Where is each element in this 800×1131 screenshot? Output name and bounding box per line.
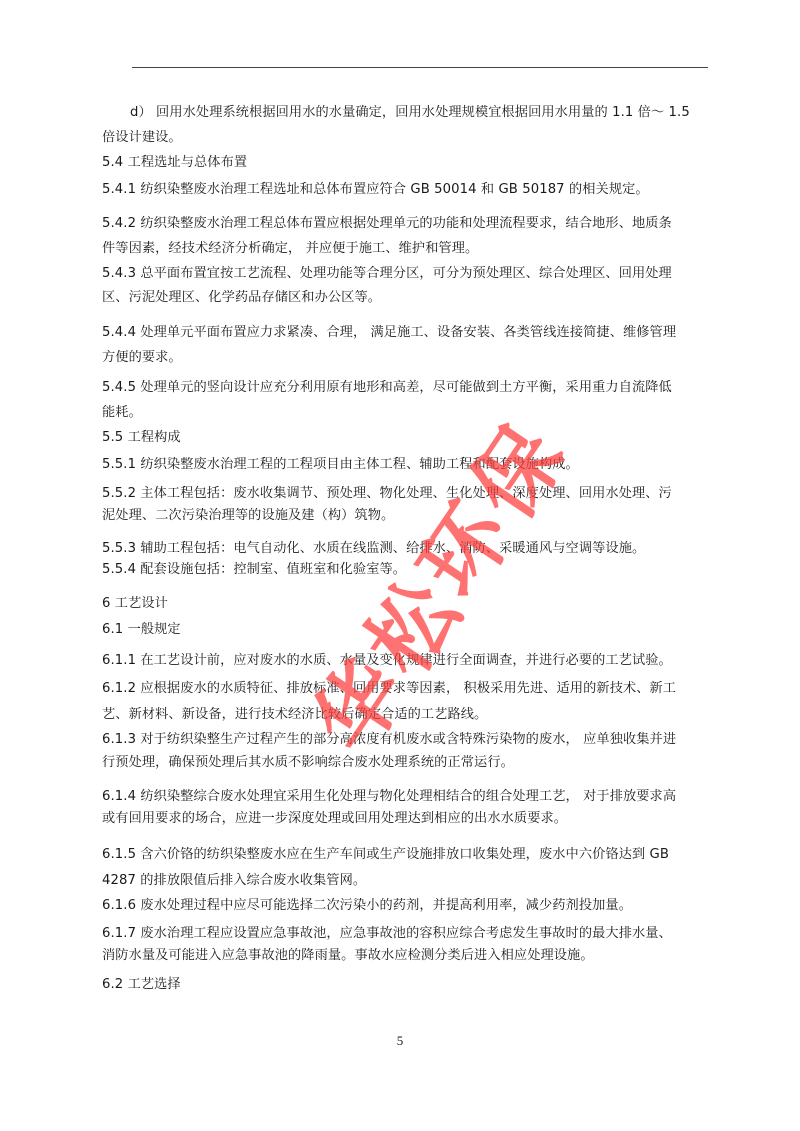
text-line: 4287 的排放限值后排入综合废水收集管网。 bbox=[102, 873, 702, 889]
text-line: 倍设计建设。 bbox=[102, 130, 702, 146]
text-line: 5.5.1 纺织染整废水治理工程的工程项目由主体工程、辅助工程和配套设施构成。 bbox=[102, 457, 702, 473]
text-line: 行预处理，确保预处理后其水质不影响综合废水处理系统的正常运行。 bbox=[102, 755, 702, 771]
text-line: 5.4.3 总平面布置宜按工艺流程、处理功能等合理分区，可分为预处理区、综合处理… bbox=[102, 266, 702, 282]
text-line: 5.4 工程选址与总体布置 bbox=[102, 155, 702, 171]
text-line: 6.1.1 在工艺设计前，应对废水的水质、水量及变化规律进行全面调查，并进行必要… bbox=[102, 653, 702, 669]
text-line: 5.4.1 纺织染整废水治理工程选址和总体布置应符合 GB 50014 和 GB… bbox=[102, 182, 702, 198]
text-line: 6.1.3 对于纺织染整生产过程产生的部分高浓度有机废水或含特殊污染物的废水， … bbox=[102, 732, 702, 748]
text-line: 件等因素，经技术经济分析确定， 并应便于施工、维护和管理。 bbox=[102, 241, 702, 257]
text-line: 泥处理、二次污染治理等的设施及建（构）筑物。 bbox=[102, 508, 702, 524]
text-line: 6 工艺设计 bbox=[102, 596, 702, 612]
text-line: 5.4.2 纺织染整废水治理工程总体布置应根据处理单元的功能和处理流程要求，结合… bbox=[102, 216, 702, 232]
text-line: 6.1.6 废水处理过程中应尽可能选择二次污染小的药剂，并提高利用率，减少药剂投… bbox=[102, 898, 702, 914]
document-page: d） 回用水处理系统根据回用水的水量确定，回用水处理规模宜根据回用水用量的 1.… bbox=[0, 0, 800, 1131]
text-line: 6.2 工艺选择 bbox=[102, 977, 702, 993]
header-rule bbox=[132, 67, 708, 68]
text-line: 5.5.2 主体工程包括：废水收集调节、预处理、物化处理、生化处理、深度处理、回… bbox=[102, 486, 702, 502]
text-line: 6.1.4 纺织染整综合废水处理宜采用生化处理与物化处理相结合的组合处理工艺， … bbox=[102, 789, 702, 805]
text-line: 6.1.5 含六价铬的纺织染整废水应在生产车间或生产设施排放口收集处理，废水中六… bbox=[102, 847, 702, 863]
text-line: 5.5.3 辅助工程包括：电气自动化、水质在线监测、给排水、消防、采暖通风与空调… bbox=[102, 541, 702, 557]
text-line: 或有回用要求的场合，应进一步深度处理或回用处理达到相应的出水水质要求。 bbox=[102, 811, 702, 827]
page-number: 5 bbox=[0, 1033, 800, 1049]
text-line: 6.1.7 废水治理工程应设置应急事故池，应急事故池的容积应综合考虑发生事故时的… bbox=[102, 926, 702, 942]
text-line: 消防水量及可能进入应急事故池的降雨量。事故水应检测分类后进入相应处理设施。 bbox=[102, 948, 702, 964]
text-line: 6.1.2 应根据废水的水质特征、排放标准、回用要求等因素， 积极采用先进、适用… bbox=[102, 681, 702, 697]
text-line: 6.1 一般规定 bbox=[102, 622, 702, 638]
text-line: 5.4.5 处理单元的竖向设计应充分利用原有地形和高差，尽可能做到土方平衡，采用… bbox=[102, 380, 702, 396]
text-line: 5.5.4 配套设施包括：控制室、值班室和化验室等。 bbox=[102, 562, 702, 578]
text-line: 5.4.4 处理单元平面布置应力求紧凑、合理， 满足施工、设备安装、各类管线连接… bbox=[102, 325, 702, 341]
text-line: 区、污泥处理区、化学药品存储区和办公区等。 bbox=[102, 290, 702, 306]
text-line: 能耗。 bbox=[102, 405, 702, 421]
text-line: 艺、新材料、新设备，进行技术经济比较后确定合适的工艺路线。 bbox=[102, 707, 702, 723]
text-line: 方便的要求。 bbox=[102, 350, 702, 366]
text-line: 5.5 工程构成 bbox=[102, 430, 702, 446]
text-line: d） 回用水处理系统根据回用水的水量确定，回用水处理规模宜根据回用水用量的 1.… bbox=[130, 105, 730, 121]
